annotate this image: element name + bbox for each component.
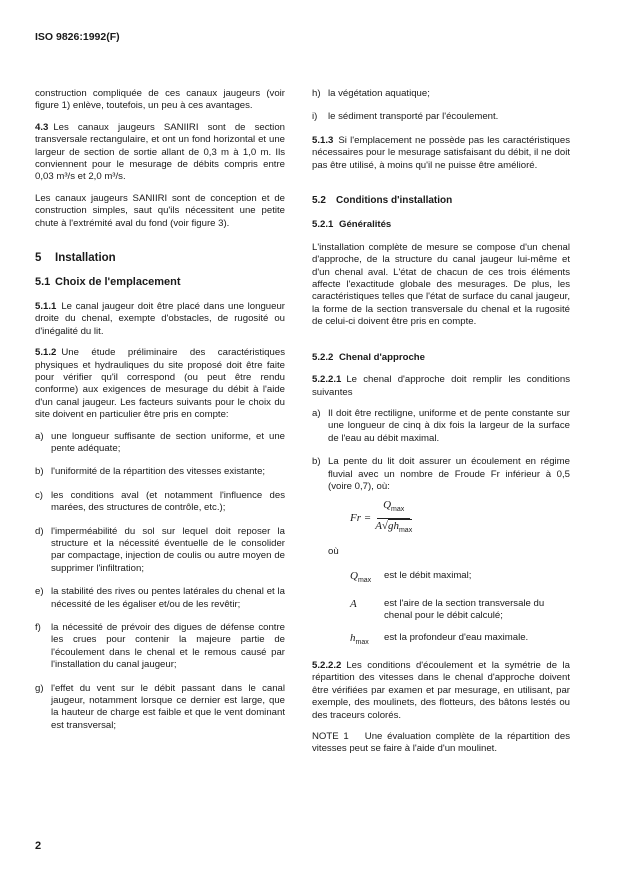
- section-heading-5-2-1: 5.2.1Généralités: [312, 219, 570, 231]
- left-column: construction compliquée de ces canaux ja…: [35, 88, 285, 743]
- intro-paragraph: construction compliquée de ces canaux ja…: [35, 88, 285, 113]
- list-item: c)les conditions aval (et notamment l'in…: [35, 490, 285, 515]
- fraction: Qmax A√ghmax: [375, 499, 412, 537]
- list-item: a)une longueur suffisante de section uni…: [35, 431, 285, 456]
- list-item: i)le sédiment transporté par l'écoulemen…: [312, 111, 570, 123]
- definition-item: Qmaxest le débit maximal;: [350, 570, 570, 588]
- section-heading-5-2-2: 5.2.2Chenal d'approche: [312, 352, 570, 364]
- clause-4-3-paragraph-2: Les canaux jaugeurs SANIIRI sont de conc…: [35, 193, 285, 230]
- list-item: b)l'uniformité de la répartition des vit…: [35, 466, 285, 478]
- froude-formula: Fr = Qmax A√ghmax: [350, 499, 570, 537]
- section-heading-5-1: 5.1Choix de l'emplacement: [35, 276, 285, 288]
- list-item: e)la stabilité des rives ou pentes latér…: [35, 586, 285, 611]
- site-factors-list-continued: h)la végétation aquatique; i)le sédiment…: [312, 88, 570, 124]
- list-item: d)l'imperméabilité du sol sur lequel doi…: [35, 526, 285, 576]
- site-factors-list: a)une longueur suffisante de section uni…: [35, 431, 285, 733]
- clause-5-2-1-text: L'installation complète de mesure se com…: [312, 242, 570, 329]
- right-column: h)la végétation aquatique; i)le sédiment…: [312, 88, 570, 765]
- clause-4-3: 4.3Les canaux jaugeurs SANIIRI sont de s…: [35, 122, 285, 184]
- document-id-header: ISO 9826:1992(F): [35, 31, 120, 43]
- list-item: a)Il doit être rectiligne, uniforme et d…: [312, 408, 570, 445]
- list-item: h)la végétation aquatique;: [312, 88, 570, 100]
- clause-5-2-2-2: 5.2.2.2Les conditions d'écoulement et la…: [312, 660, 570, 722]
- list-item: b)La pente du lit doit assurer un écoule…: [312, 456, 570, 493]
- page-number: 2: [35, 840, 41, 852]
- section-heading-5: 5Installation: [35, 252, 285, 264]
- list-item: f)la nécessité de prévoir des digues de …: [35, 622, 285, 672]
- clause-text: Les canaux jaugeurs SANIIRI sont de sect…: [35, 122, 285, 183]
- where-label: où: [328, 546, 570, 558]
- definition-item: Aest l'aire de la section transversale d…: [350, 598, 570, 623]
- clause-5-1-1: 5.1.1Le canal jaugeur doit être placé da…: [35, 301, 285, 338]
- clause-5-2-2-1: 5.2.2.1Le chenal d'approche doit remplir…: [312, 374, 570, 399]
- clause-5-1-3: 5.1.3Si l'emplacement ne possède pas les…: [312, 135, 570, 172]
- clause-number: 4.3: [35, 122, 48, 133]
- definition-item: hmaxest la profondeur d'eau maximale.: [350, 632, 570, 650]
- section-heading-5-2: 5.2Conditions d'installation: [312, 195, 570, 207]
- clause-5-1-2: 5.1.2Une étude préliminaire des caractér…: [35, 347, 285, 421]
- list-item: g)l'effet du vent sur le débit passant d…: [35, 683, 285, 733]
- approach-channel-conditions: a)Il doit être rectiligne, uniforme et d…: [312, 408, 570, 493]
- symbol-definitions: Qmaxest le débit maximal; Aest l'aire de…: [350, 570, 570, 650]
- note-1: NOTE 1Une évaluation complète de la répa…: [312, 731, 570, 756]
